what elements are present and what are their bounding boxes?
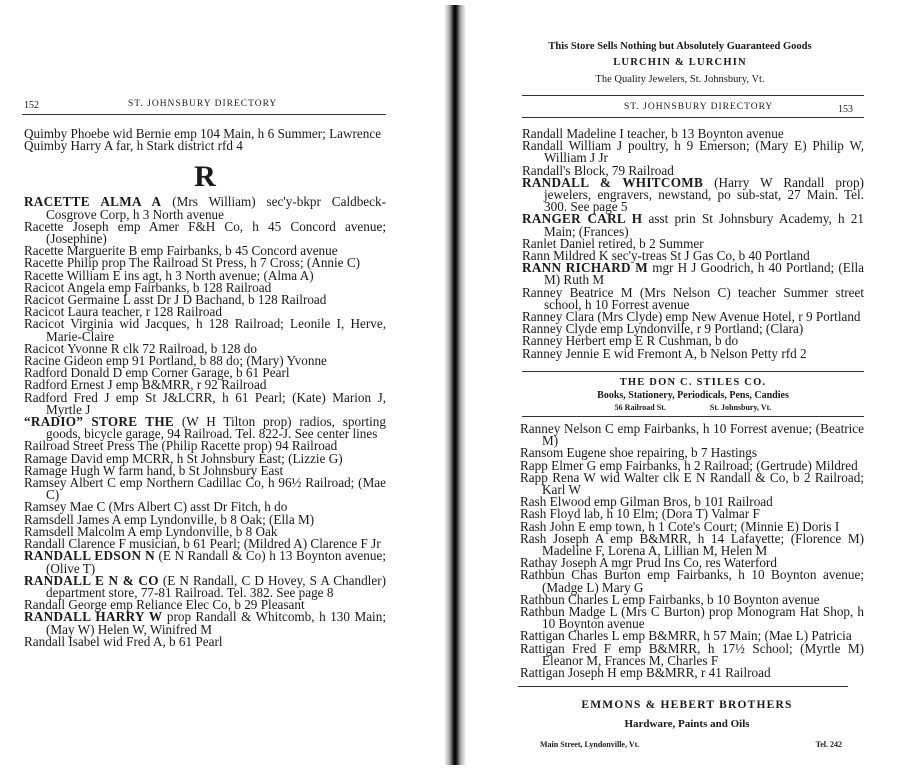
ad-tagline: Books, Stationery, Periodicals, Pens, Ca… <box>522 389 864 402</box>
list-item: Randall Isabel wid Fred A, b 61 Pearl <box>24 636 386 648</box>
ad-rule-bottom <box>522 416 864 417</box>
list-item: Rattigan Fred F emp B&MRR, h 17½ School;… <box>520 643 864 667</box>
ad-address: 56 Railroad St. <box>615 403 666 412</box>
left-entries: Quimby Phoebe wid Bernie emp 104 Main, h… <box>24 128 386 648</box>
list-item: Rash Joseph A emp B&MRR, h 14 Lafayette;… <box>520 533 864 557</box>
left-page: 152 ST. JOHNSBURY DIRECTORY Quimby Phoeb… <box>0 0 440 768</box>
list-item: “RADIO” STORE THE (W H Tilton prop) radi… <box>24 416 386 440</box>
directory-list-top: Randall Madeline I teacher, b 13 Boynton… <box>522 128 864 360</box>
entry-text: Radford Fred J emp St J&LCRR, h 61 Pearl… <box>24 390 386 417</box>
ad-address-line: 56 Railroad St. St. Johnsbury, Vt. <box>522 402 864 413</box>
running-head: ST. JOHNSBURY DIRECTORY <box>128 99 277 109</box>
directory-list: RACETTE ALMA A (Mrs William) sec'y-bkpr … <box>24 196 386 648</box>
page-number: 152 <box>24 100 39 111</box>
entry-text: Racicot Virginia wid Jacques, h 128 Rail… <box>24 316 386 343</box>
list-item: Quimby Harry A far, h Stark district rfd… <box>24 140 386 152</box>
list-item: Ranney Beatrice M (Mrs Nelson C) teacher… <box>522 287 864 311</box>
header-rule-top <box>522 95 864 96</box>
right-page: This Store Sells Nothing but Absolutely … <box>470 0 915 768</box>
entry-text: Ramsey Albert C emp Northern Cadillac Co… <box>24 475 386 502</box>
emmons-ad: EMMONS & HEBERT BROTHERS Hardware, Paint… <box>522 696 852 756</box>
entry-text: Ranney Jennie E wid Fremont A, b Nelson … <box>522 346 807 361</box>
list-item: Rapp Rena W wid Walter clk E N Randall &… <box>520 472 864 496</box>
ad-company-name: THE DON C. STILES CO. <box>522 376 864 389</box>
list-item: RANDALL E N & CO (E N Randall, C D Hovey… <box>24 575 386 599</box>
entry-text: Rattigan Fred F emp B&MRR, h 17½ School;… <box>520 641 864 668</box>
entry-text: Racette Joseph emp Amer F&H Co, h 45 Con… <box>24 219 386 246</box>
list-item: Rathbun Chas Burton emp Fairbanks, h 10 … <box>520 569 864 593</box>
header-rule-bottom <box>522 117 864 118</box>
entry-text: Rathbun Madge L (Mrs C Burton) prop Mono… <box>520 604 864 631</box>
entry-text: Rapp Rena W wid Walter clk E N Randall &… <box>520 470 864 497</box>
stiles-ad: THE DON C. STILES CO. Books, Stationery,… <box>522 376 864 413</box>
list-item: Rathbun Madge L (Mrs C Burton) prop Mono… <box>520 606 864 630</box>
book-gutter <box>444 5 466 765</box>
list-item: RANN RICHARD M mgr H J Goodrich, h 40 Po… <box>522 262 864 286</box>
running-head: ST. JOHNSBURY DIRECTORY <box>624 102 773 112</box>
ad-tagline: The Quality Jewelers, St. Johnsbury, Vt. <box>510 72 850 88</box>
list-item: Ranney Jennie E wid Fremont A, b Nelson … <box>522 348 864 360</box>
section-letter: R <box>24 162 386 192</box>
list-item: Radford Fred J emp St J&LCRR, h 61 Pearl… <box>24 392 386 416</box>
ad-slogan: This Store Sells Nothing but Absolutely … <box>510 40 850 54</box>
ad-company-name: LURCHIN & LURCHIN <box>510 54 850 72</box>
entry-text: Randall William J poultry, h 9 Emerson; … <box>522 138 864 165</box>
lurchin-ad: This Store Sells Nothing but Absolutely … <box>510 40 850 88</box>
ad-tagline: Hardware, Paints and Oils <box>522 714 852 734</box>
list-item: RANGER CARL H asst prin St Johnsbury Aca… <box>522 213 864 237</box>
page-number: 153 <box>838 104 853 115</box>
list-item: RANDALL & WHITCOMB (Harry W Randall prop… <box>522 177 864 214</box>
ad-city: St. Johnsbury, Vt. <box>710 403 771 412</box>
list-item: Ramsey Albert C emp Northern Cadillac Co… <box>24 477 386 501</box>
directory-list-bottom: Ranney Nelson C emp Fairbanks, h 10 Forr… <box>520 423 864 679</box>
entry-text: Randall Isabel wid Fred A, b 61 Pearl <box>24 634 223 649</box>
ad-footer: Main Street, Lyndonville, Vt. Tel. 242 <box>522 734 852 756</box>
entry-text: Rattigan Joseph H emp B&MRR, r 41 Railro… <box>520 665 771 680</box>
list-item: RANDALL HARRY W prop Randall & Whitcomb,… <box>24 611 386 635</box>
ad-phone: Tel. 242 <box>816 734 842 756</box>
list-item: Racette Joseph emp Amer F&H Co, h 45 Con… <box>24 221 386 245</box>
list-item: Ranney Nelson C emp Fairbanks, h 10 Forr… <box>520 423 864 447</box>
ad-company-name: EMMONS & HEBERT BROTHERS <box>522 696 852 714</box>
list-item: Racicot Virginia wid Jacques, h 128 Rail… <box>24 318 386 342</box>
entry-text: Rathbun Chas Burton emp Fairbanks, h 10 … <box>520 567 864 594</box>
header-rule <box>22 114 386 115</box>
entry-text: Ranney Beatrice M (Mrs Nelson C) teacher… <box>522 285 864 312</box>
list-item: Randall William J poultry, h 9 Emerson; … <box>522 140 864 164</box>
footer-rule <box>518 686 848 687</box>
ad-rule-top <box>522 371 864 372</box>
entry-text: Rash Joseph A emp B&MRR, h 14 Lafayette;… <box>520 531 864 558</box>
entry-text: Ranney Nelson C emp Fairbanks, h 10 Forr… <box>520 421 864 448</box>
ad-address: Main Street, Lyndonville, Vt. <box>540 734 639 756</box>
list-item: Rattigan Joseph H emp B&MRR, r 41 Railro… <box>520 667 864 679</box>
list-item: RACETTE ALMA A (Mrs William) sec'y-bkpr … <box>24 196 386 220</box>
list-item: RANDALL EDSON N (E N Randall & Co) h 13 … <box>24 550 386 574</box>
